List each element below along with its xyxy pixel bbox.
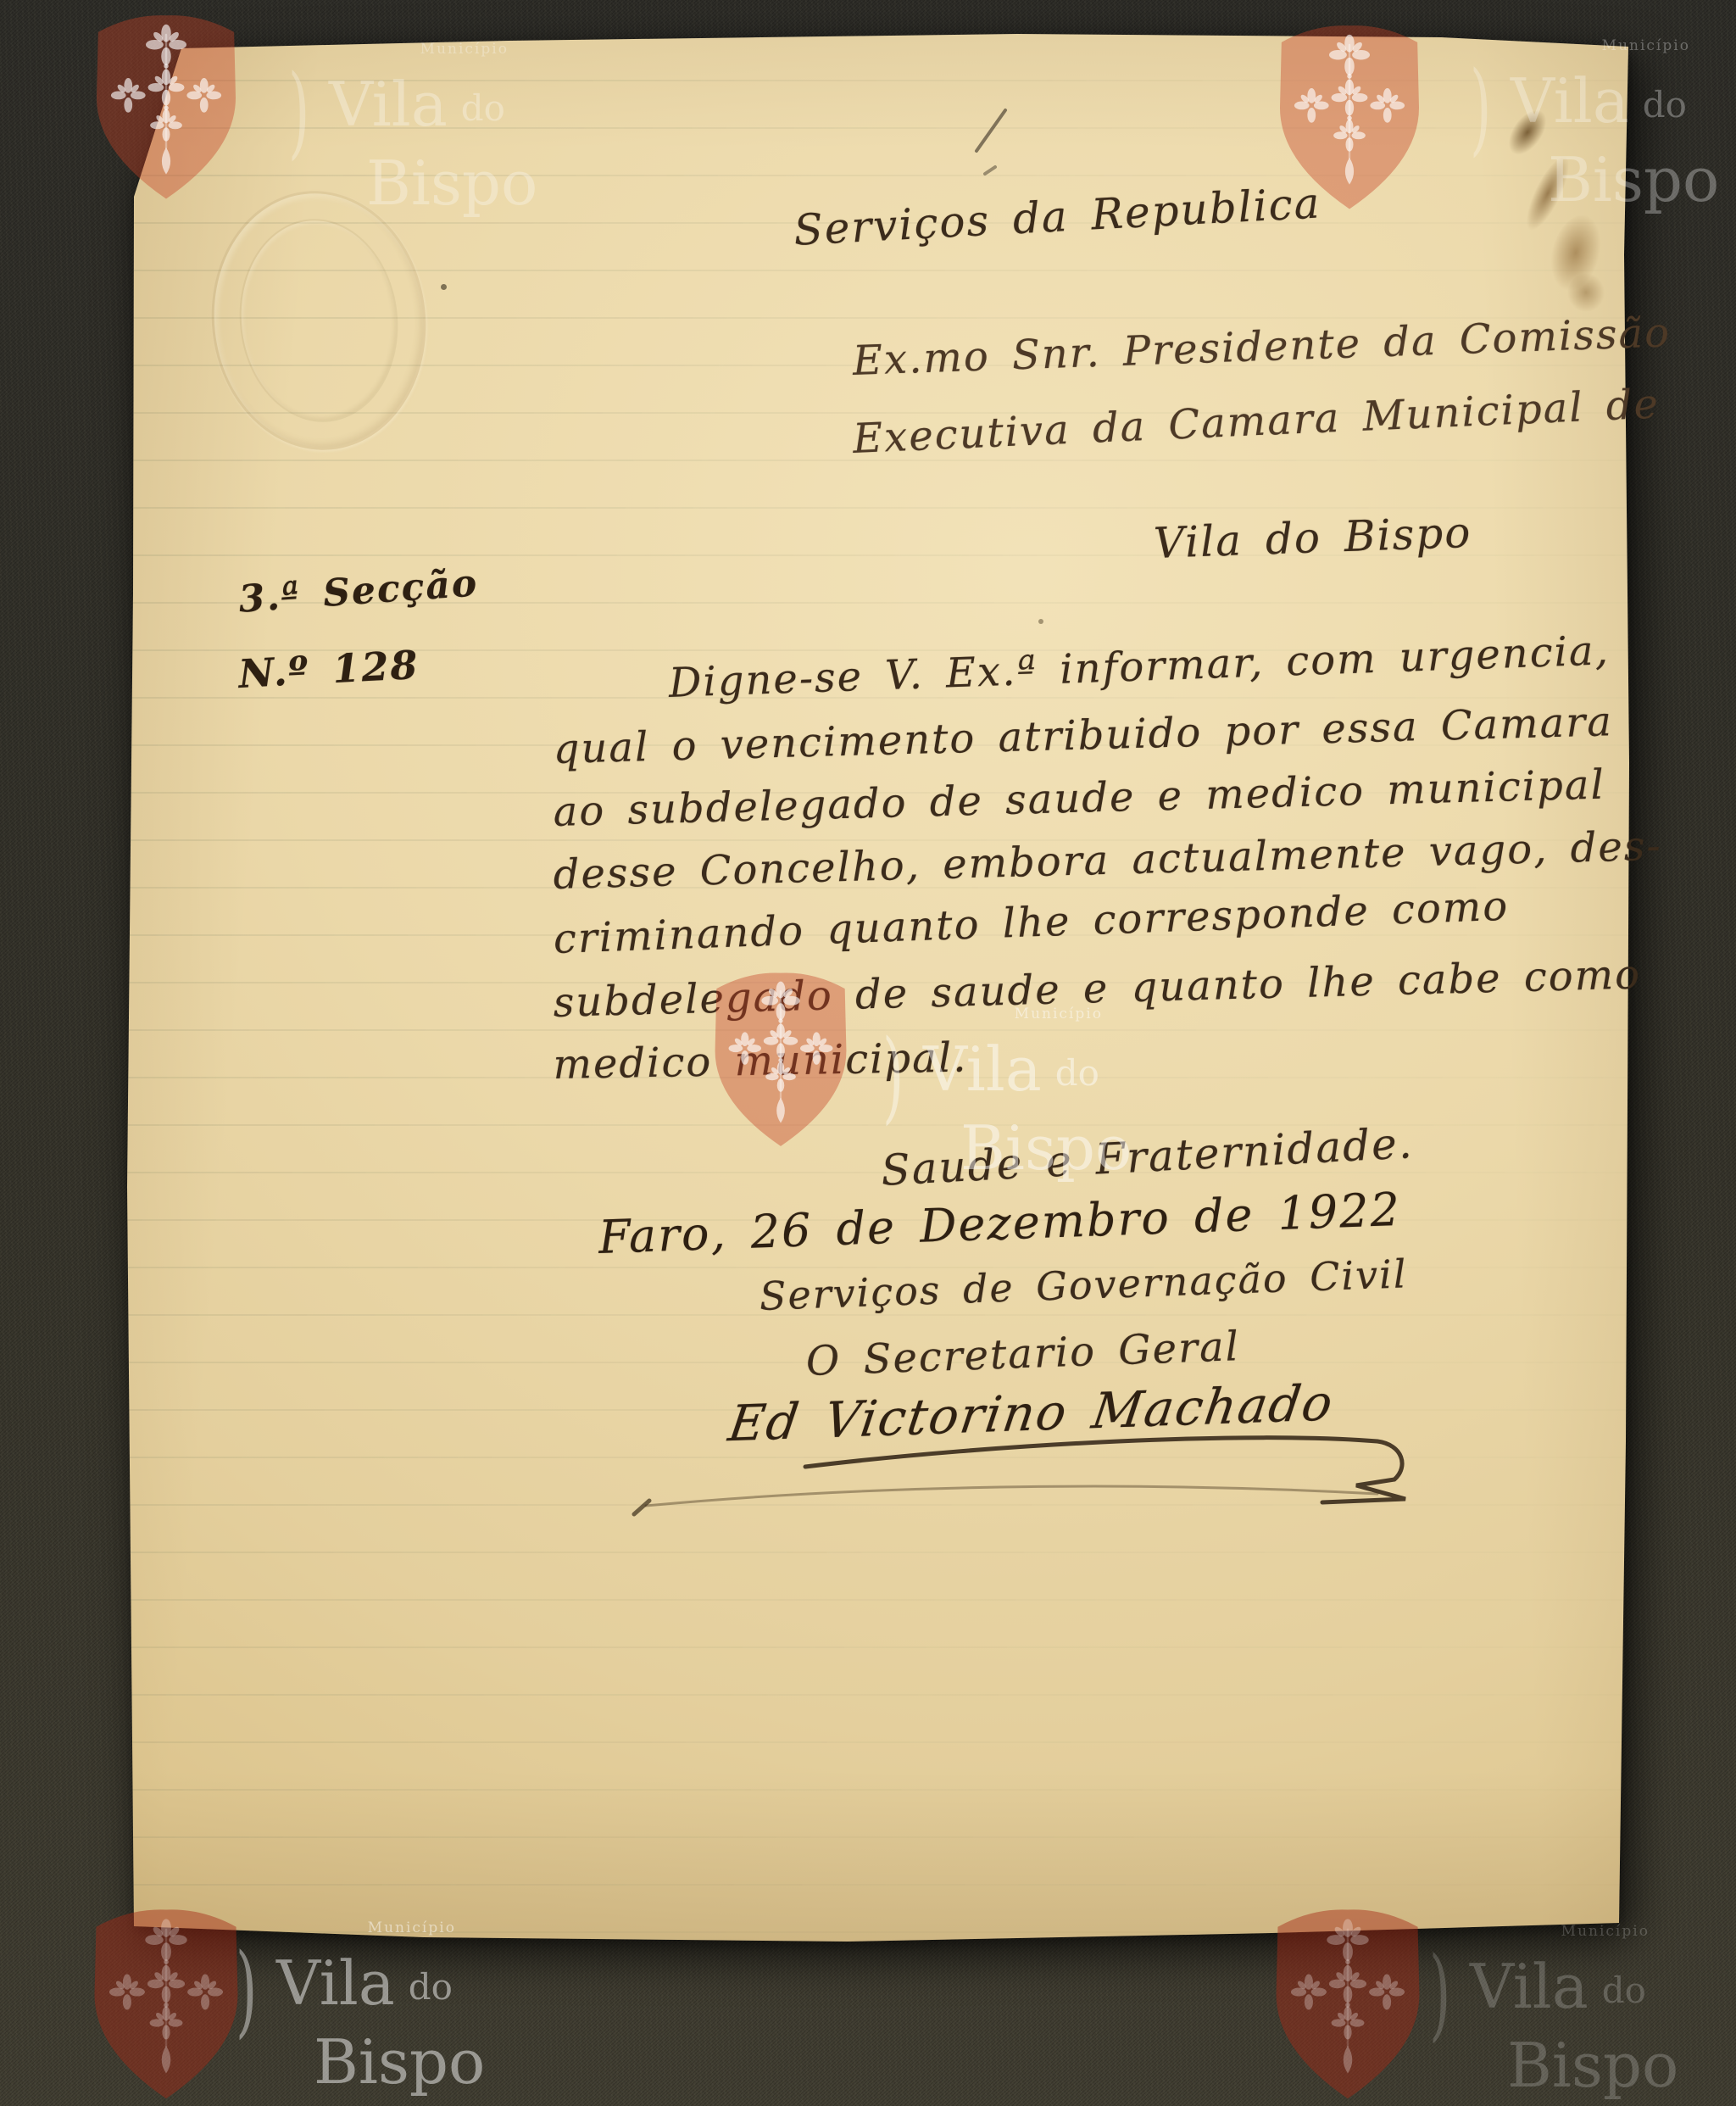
paper-fleck — [1038, 619, 1043, 624]
margin-number: N.º 128 — [237, 642, 420, 697]
body-line: medico municipal. — [553, 1033, 968, 1089]
paper-fleck — [441, 284, 447, 290]
document-scan: Serviços da Republica Ex.mo Snr. Preside… — [0, 0, 1736, 2106]
